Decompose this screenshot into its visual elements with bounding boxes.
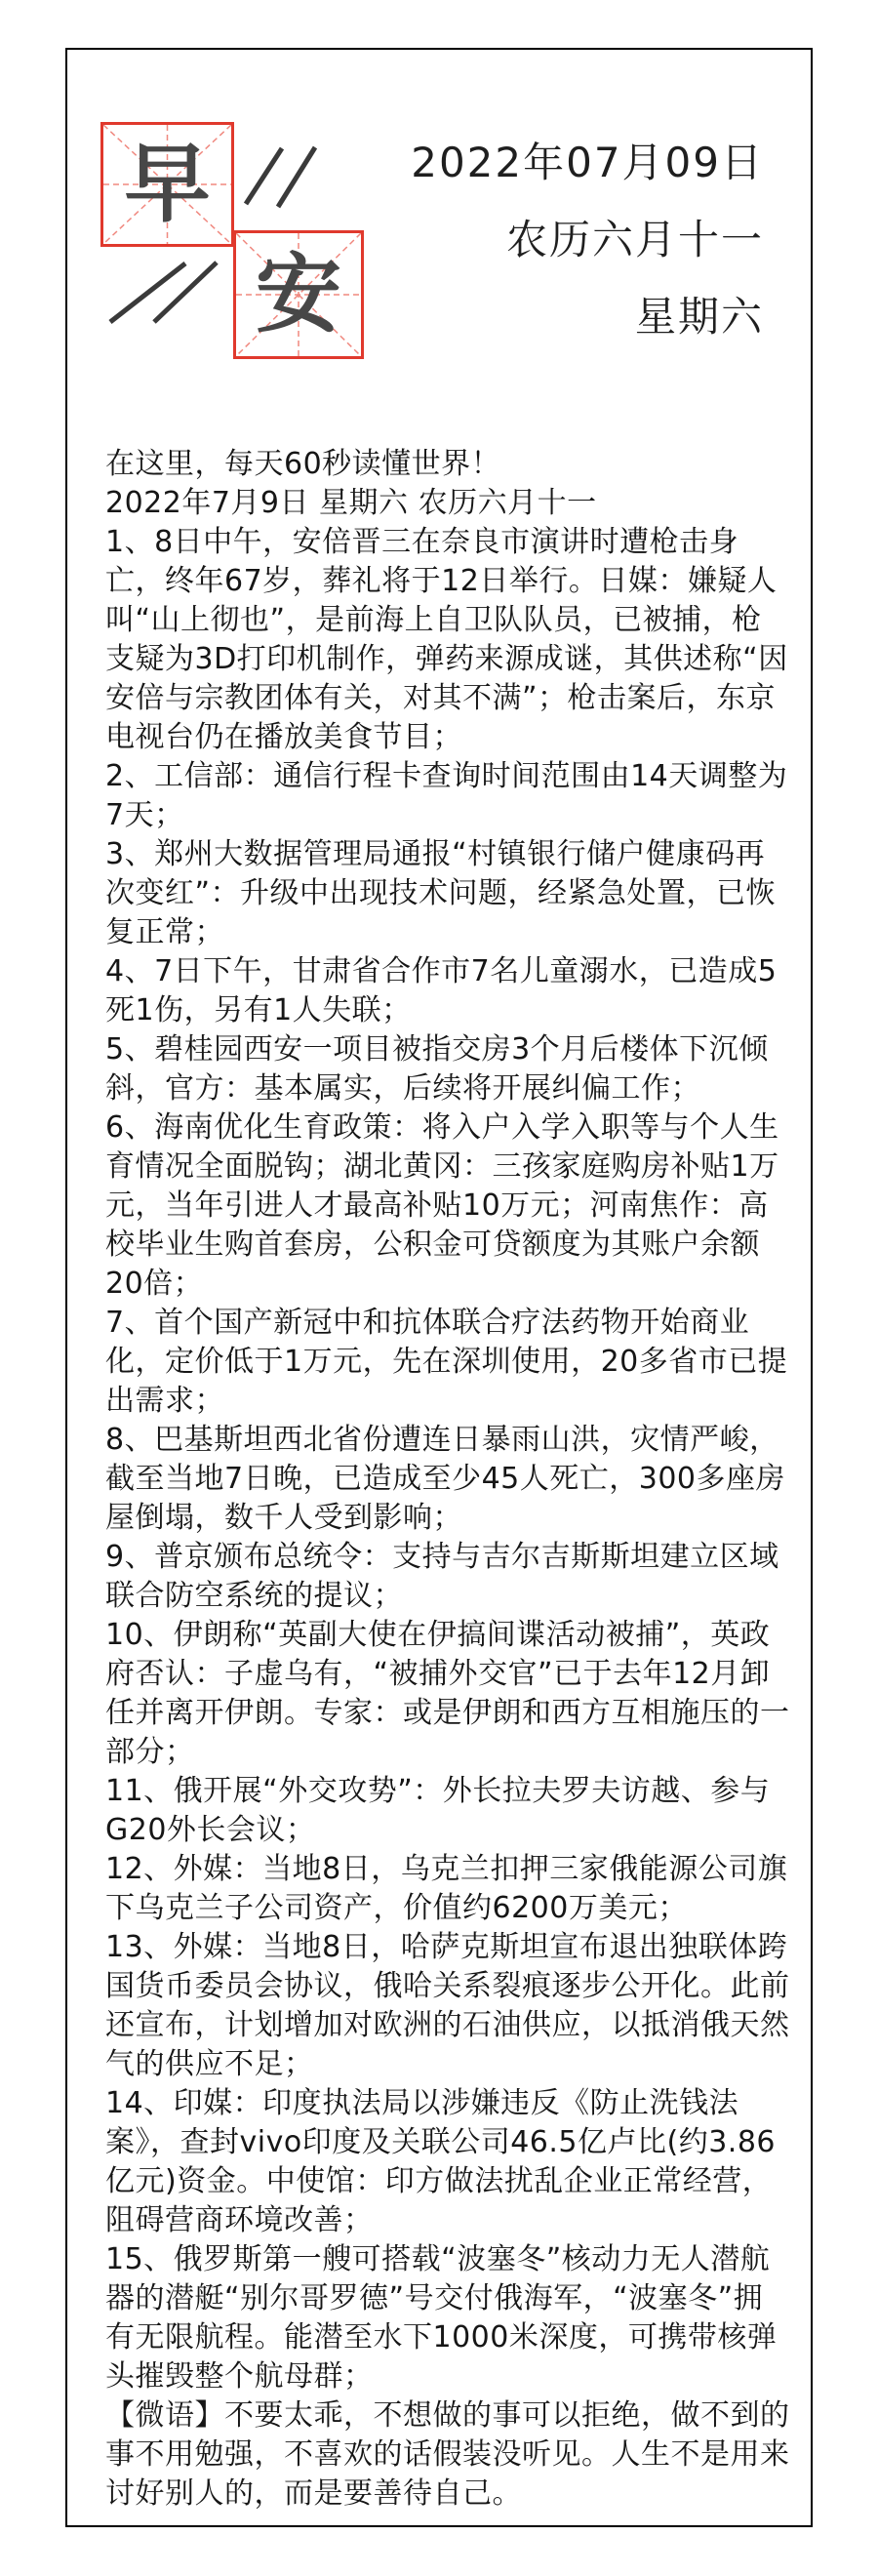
- news-item: 6、海南优化生育政策：将入户入学入职等与个人生育情况全面脱钩；湖北黄冈：三孩家庭…: [105, 1108, 790, 1304]
- an-grid-box: 安: [233, 230, 364, 359]
- news-item: 3、郑州大数据管理局通报“村镇银行储户健康码再次变红”：升级中出现技术问题，经紧…: [105, 835, 790, 952]
- news-item: 4、7日下午，甘肃省合作市7名儿童溺水，已造成5死1伤，另有1人失联；: [105, 952, 790, 1030]
- zao-character: 早: [103, 125, 231, 244]
- an-character: 安: [236, 233, 361, 356]
- intro-line: 在这里，每天60秒读懂世界！: [105, 445, 790, 484]
- news-item: 13、外媒：当地8日，哈萨克斯坦宣布退出独联体跨国货币委员会协议，俄哈关系裂痕逐…: [105, 1928, 790, 2084]
- news-item: 14、印媒：印度执法局以涉嫌违反《防止洗钱法案》，查封vivo印度及关联公司46…: [105, 2084, 790, 2240]
- date-line-lunar: 农历六月十一: [411, 201, 764, 278]
- news-item: 15、俄罗斯第一艘可搭载“波塞冬”核动力无人潜航器的潜艇“别尔哥罗德”号交付俄海…: [105, 2240, 790, 2396]
- news-item: 1、8日中午，安倍晋三在奈良市演讲时遭枪击身亡，终年67岁，葬礼将于12日举行。…: [105, 523, 790, 757]
- date-summary-line: 2022年7月9日 星期六 农历六月十一: [105, 484, 790, 523]
- zao-grid-box: 早: [100, 122, 234, 247]
- news-item: 8、巴基斯坦西北省份遭连日暴雨山洪，灾情严峻，截至当地7日晚，已造成至少45人死…: [105, 1421, 790, 1538]
- double-slash-icon: [239, 140, 319, 212]
- morning-news-card: 早 安 2022年07月09日 农历六月十一 星期六 在这里，每天60秒读懂世界…: [0, 0, 878, 2576]
- weiyu-line: 【微语】不要太乖，不想做的事可以拒绝，做不到的事不用勉强，不喜欢的话假装没听见。…: [105, 2396, 790, 2514]
- news-item: 9、普京颁布总统令：支持与吉尔吉斯斯坦建立区域联合防空系统的提议；: [105, 1538, 790, 1616]
- news-item: 7、首个国产新冠中和抗体联合疗法药物开始商业化，定价低于1万元，先在深圳使用，2…: [105, 1304, 790, 1421]
- news-item: 10、伊朗称“英副大使在伊搞间谍活动被捕”，英政府否认：子虚乌有，“被捕外交官”…: [105, 1616, 790, 1772]
- date-line-weekday: 星期六: [411, 278, 764, 355]
- news-item: 11、俄开展“外交攻势”：外长拉夫罗夫访越、参与G20外长会议；: [105, 1772, 790, 1850]
- news-item: 12、外媒：当地8日，乌克兰扣押三家俄能源公司旗下乌克兰子公司资产，价值约620…: [105, 1850, 790, 1928]
- news-body: 在这里，每天60秒读懂世界！ 2022年7月9日 星期六 农历六月十一 1、8日…: [105, 445, 790, 2514]
- date-line-gregorian: 2022年07月09日: [411, 124, 764, 201]
- date-block: 2022年07月09日 农历六月十一 星期六: [411, 124, 764, 355]
- news-item: 2、工信部：通信行程卡查询时间范围由14天调整为7天；: [105, 757, 790, 835]
- news-item: 5、碧桂园西安一项目被指交房3个月后楼体下沉倾斜，官方：基本属实，后续将开展纠偏…: [105, 1030, 790, 1108]
- double-slash-icon: [102, 257, 224, 327]
